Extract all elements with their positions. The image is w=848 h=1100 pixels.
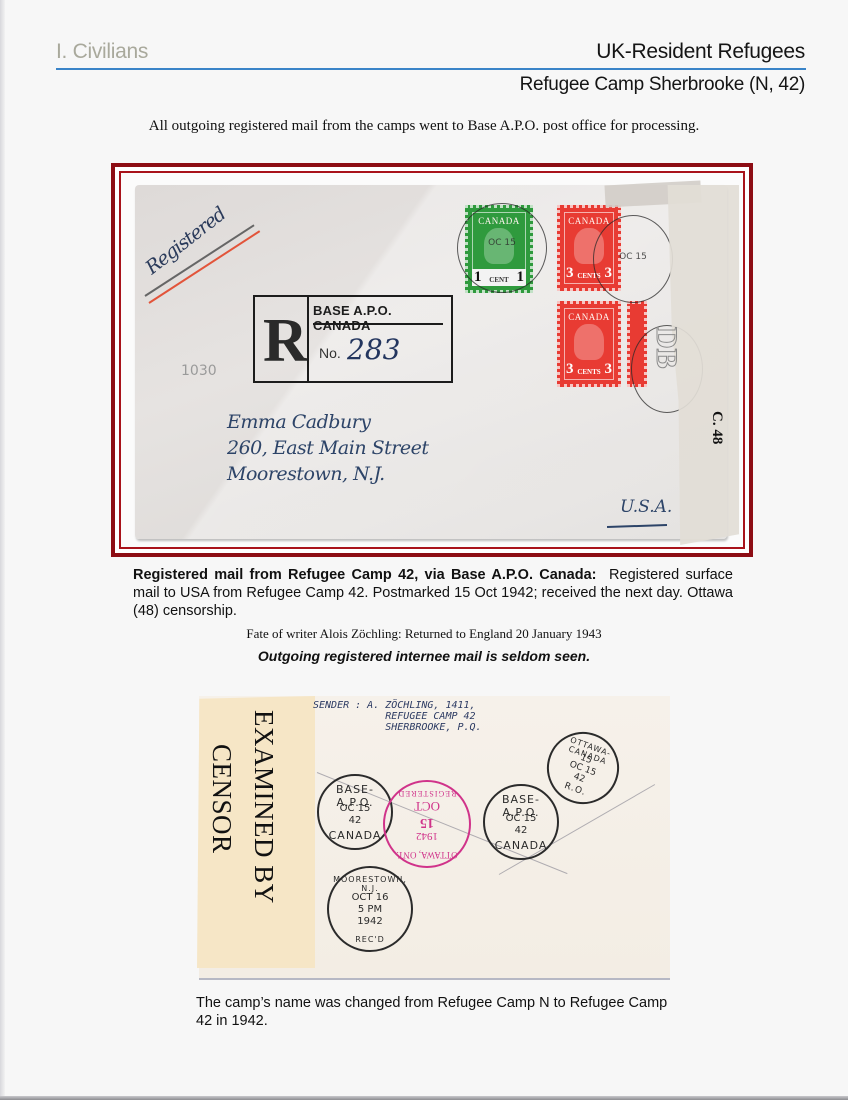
cancel-base-apo-1: BASE-A.P.O. OC 15 42 CANADA xyxy=(317,774,393,850)
cancel-bottom-text: CANADA xyxy=(319,829,391,842)
front-cover-inner-frame: Registered 1030 R BASE A.P.O. CANADA No.… xyxy=(119,171,745,549)
address-line-3: Moorestown, N.J. xyxy=(227,463,385,485)
stamp-value-right: 3 xyxy=(605,361,613,378)
stamp-value-left: 3 xyxy=(566,361,574,378)
king-portrait-icon xyxy=(574,324,604,360)
pencil-note: 1030 xyxy=(181,363,217,379)
censor-number: C. 48 xyxy=(708,411,725,444)
registration-separator xyxy=(307,297,309,381)
front-cover-caption: Registered mail from Refugee Camp 42, vi… xyxy=(133,566,733,620)
censor-label-line-1: EXAMINED BY xyxy=(248,710,279,904)
censor-label-line-2: CENSOR xyxy=(206,744,237,854)
registered-cancel-bottom: REGISTERED xyxy=(385,789,469,798)
cancel-date: OC 15 42 xyxy=(319,803,391,827)
rarity-note: Outgoing registered internee mail is sel… xyxy=(0,648,848,664)
page-title: UK-Resident Refugees xyxy=(596,40,805,64)
stamp-unit: CENTS xyxy=(577,368,600,378)
registered-cancel-month: OCT xyxy=(385,798,469,814)
front-cover-frame: Registered 1030 R BASE A.P.O. CANADA No.… xyxy=(111,163,753,557)
registered-ottawa-cancel: OTTAWA, ONT. 1942 15 OCT REGISTERED xyxy=(383,780,471,868)
page-subtitle: Refugee Camp Sherbrooke (N, 42) xyxy=(520,74,805,96)
cancel-date: OC 15 xyxy=(458,238,546,248)
header-rule xyxy=(56,68,806,70)
cancel-date: OC 15 xyxy=(594,252,672,262)
stamp-3-cents-lower: CANADA 3 CENTS 3 xyxy=(557,301,621,387)
registered-cancel-year: 1942 xyxy=(385,830,469,842)
registration-r-letter: R xyxy=(263,309,299,373)
caption-heading: Registered mail from Refugee Camp 42, vi… xyxy=(133,567,596,583)
back-cover-image: EXAMINED BY CENSOR SENDER : A. ZÖCHLING,… xyxy=(199,696,670,978)
cancel-bottom-text: REC'D xyxy=(329,935,411,944)
registration-number-label: No. xyxy=(319,345,341,361)
front-cover-image: Registered 1030 R BASE A.P.O. CANADA No.… xyxy=(135,183,741,547)
censor-label: EXAMINED BY CENSOR xyxy=(197,696,315,968)
cancel-bottom-text: CANADA xyxy=(485,839,557,852)
intro-text: All outgoing registered mail from the ca… xyxy=(0,118,848,135)
cancel-date: OC 15 42 xyxy=(485,813,557,837)
address-line-1: Emma Cadbury xyxy=(227,411,371,433)
stamp-denomination: 3 CENTS 3 xyxy=(566,361,612,378)
registration-office: BASE A.P.O. CANADA xyxy=(313,303,451,333)
section-label: I. Civilians xyxy=(56,40,148,64)
stamp-country: CANADA xyxy=(560,312,618,322)
registration-label: R BASE A.P.O. CANADA No. 283 xyxy=(253,295,453,383)
writer-fate: Fate of writer Alois Zöchling: Returned … xyxy=(0,626,848,642)
registered-cancel-day: 15 xyxy=(385,814,469,830)
cancel-front-2: OC 15 xyxy=(593,215,673,303)
cancel-top-text: MOORESTOWN, N.J. xyxy=(329,875,411,893)
registration-number: 283 xyxy=(347,333,400,366)
cancel-date: OCT 16 5 PM 1942 xyxy=(329,892,411,928)
destination-usa: U.S.A. xyxy=(620,497,672,517)
censor-db-mark: DB xyxy=(649,327,683,369)
page-left-edge xyxy=(0,0,5,1100)
cancel-base-apo-2: BASE-A.P.O. OC 15 42 CANADA xyxy=(483,784,559,860)
registration-rule xyxy=(313,323,443,325)
stamp-value-left: 3 xyxy=(566,265,574,282)
address-line-2: 260, East Main Street xyxy=(227,437,428,459)
cancel-moorestown: MOORESTOWN, N.J. OCT 16 5 PM 1942 REC'D xyxy=(327,866,413,952)
sender-address: SENDER : A. ZÖCHLING, 1411, REFUGEE CAMP… xyxy=(313,700,482,733)
back-cover-caption: The camp’s name was changed from Refugee… xyxy=(196,994,676,1030)
cancel-front-1: OC 15 xyxy=(457,203,547,293)
page-bottom-edge xyxy=(0,1096,848,1100)
envelope-front: Registered 1030 R BASE A.P.O. CANADA No.… xyxy=(135,185,727,539)
registered-cancel-top: OTTAWA, ONT. xyxy=(385,850,469,860)
